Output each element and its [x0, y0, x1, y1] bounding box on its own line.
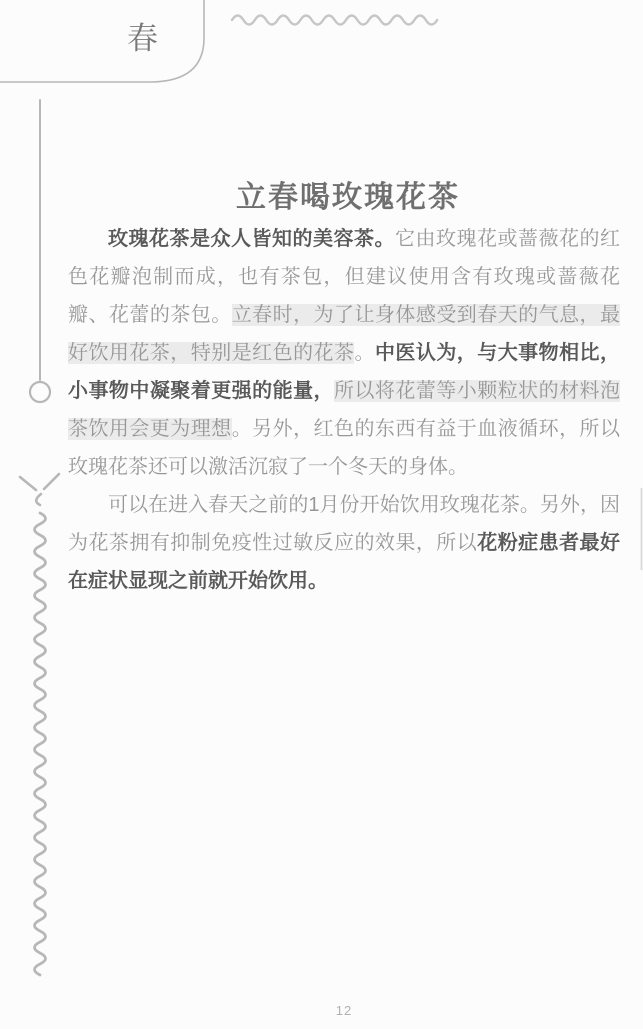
- circle-ornament: [30, 382, 50, 402]
- paragraph: 可以在进入春天之前的1月份开始饮用玫瑰花茶。另外，因为花茶拥有抑制免疫性过敏反应…: [68, 486, 620, 600]
- article-body: 玫瑰花茶是众人皆知的美容茶。它由玫瑰花或蔷薇花的红色花瓣泡制而成，也有茶包，但建…: [68, 220, 620, 600]
- spring-tab-outline: [0, 0, 204, 82]
- article-title: 立春喝玫瑰花茶: [68, 172, 628, 216]
- paragraph: 玫瑰花茶是众人皆知的美容茶。它由玫瑰花或蔷薇花的红色花瓣泡制而成，也有茶包，但建…: [68, 220, 620, 486]
- horizontal-wavy-line: [232, 16, 437, 25]
- page-number: 12: [68, 1003, 620, 1018]
- chapter-tab-label: 春: [127, 13, 159, 58]
- vertical-wavy-line: [35, 513, 46, 975]
- text-segment-regular: 。: [354, 342, 374, 364]
- text-segment-bold: 玫瑰花茶是众人皆知的美容茶。: [108, 228, 395, 250]
- sprout-mark: [20, 474, 59, 505]
